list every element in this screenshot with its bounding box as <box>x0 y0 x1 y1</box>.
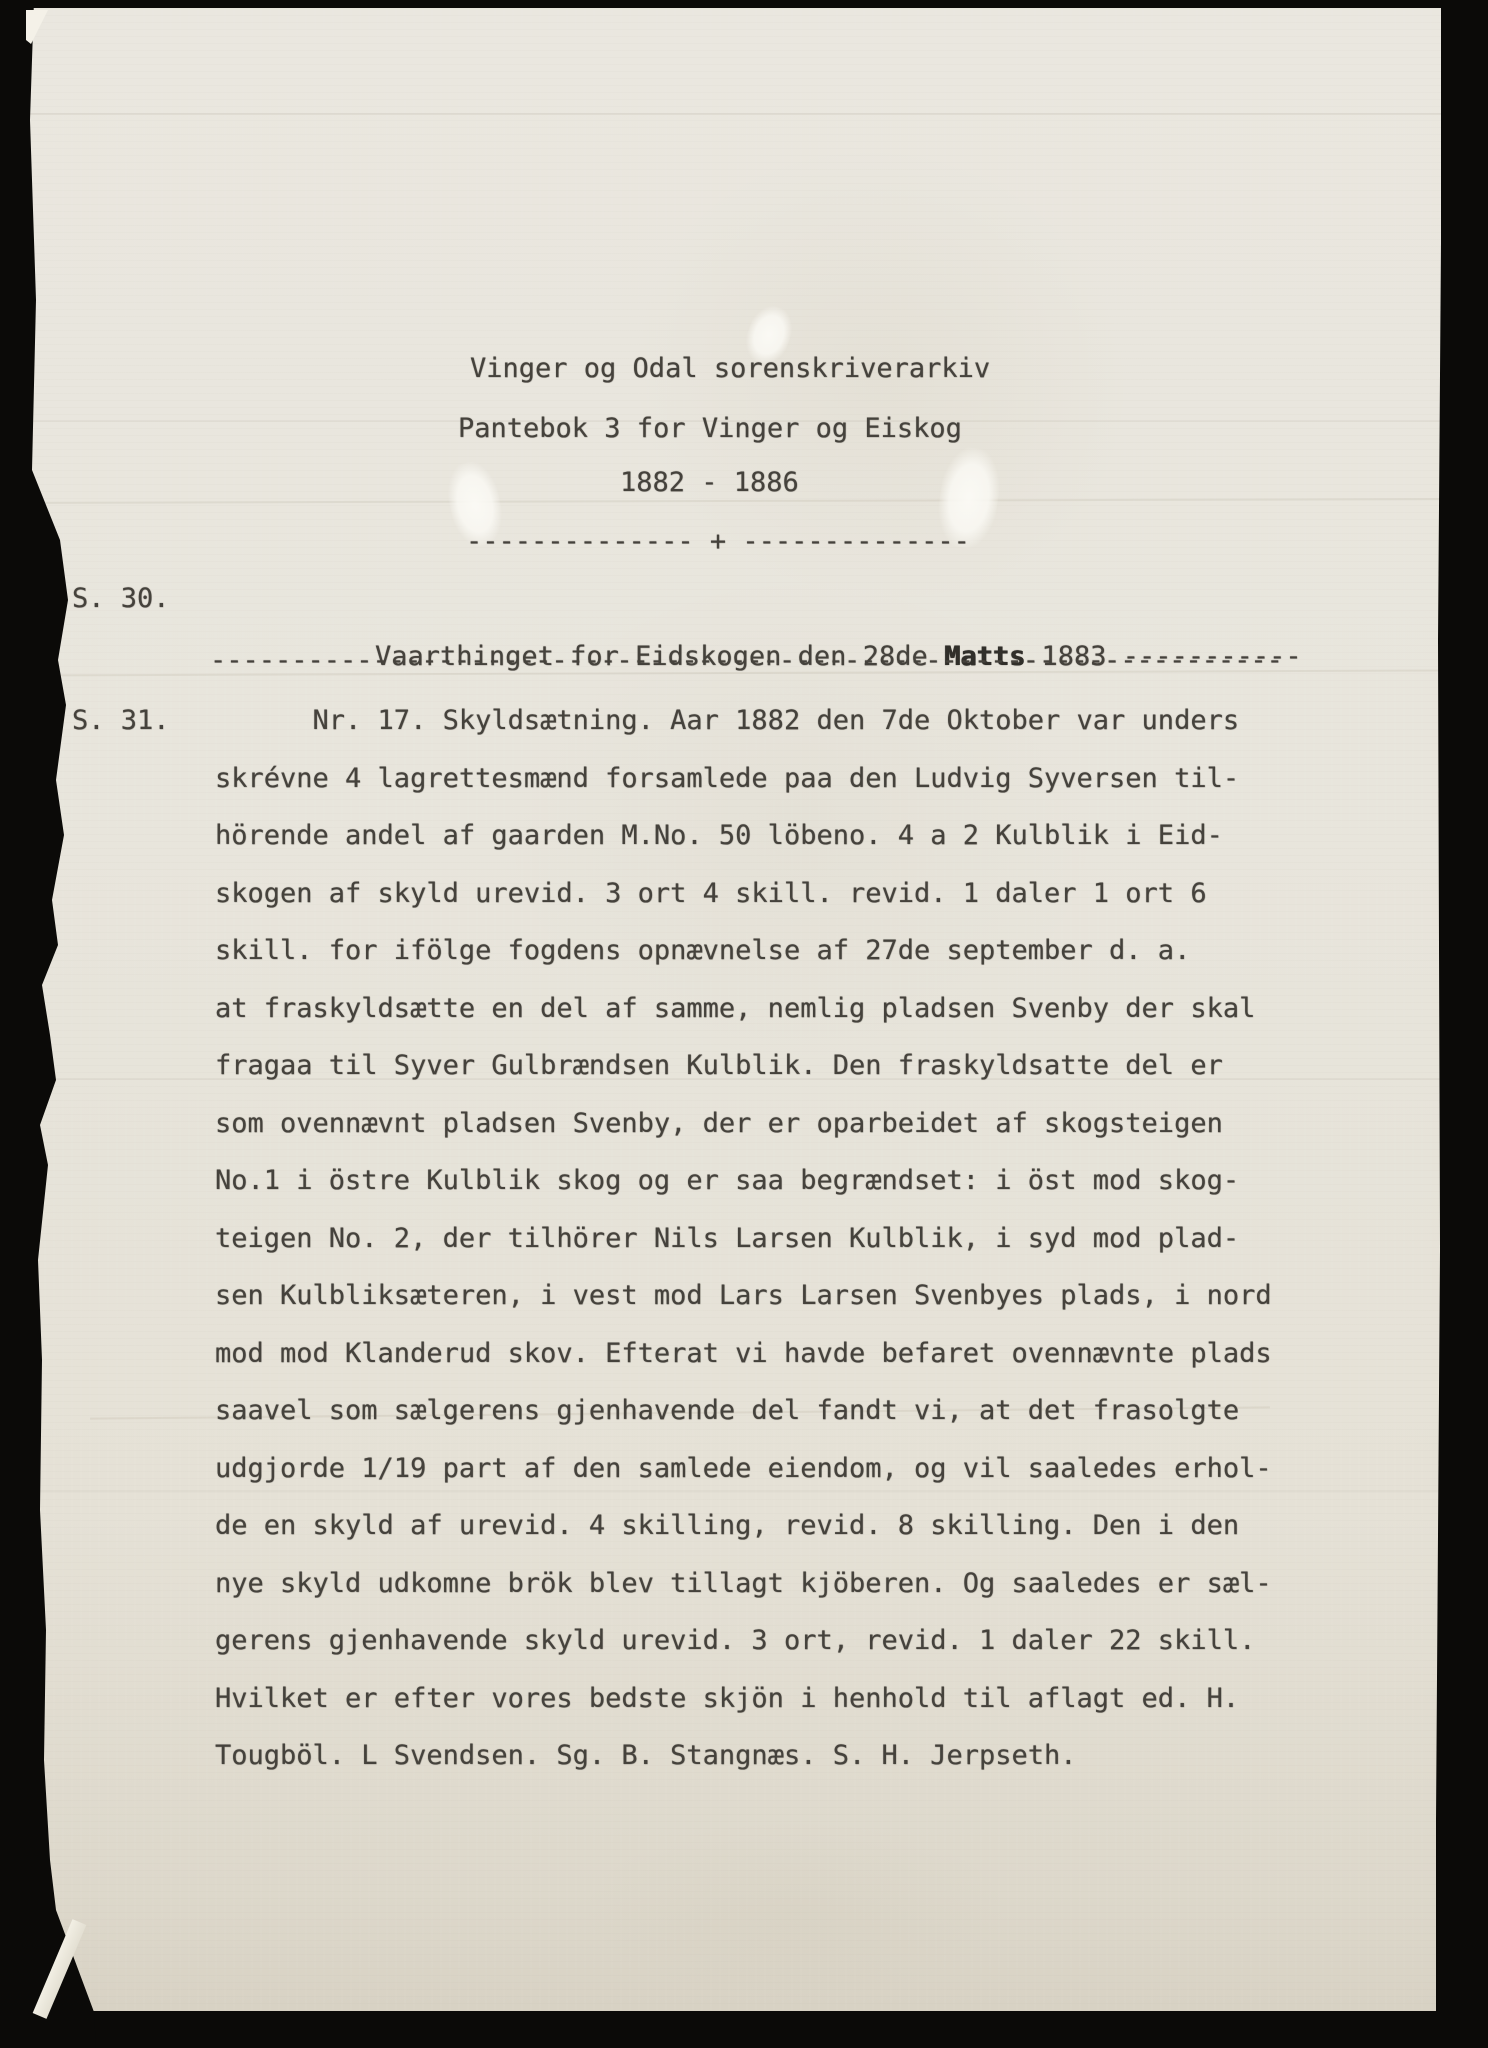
year-range: 1882 - 1886 <box>620 454 799 512</box>
typed-line: udgjorde 1/19 part af den samlede eiendo… <box>215 1440 1272 1498</box>
archive-title: Vinger og Odal sorenskriverarkiv <box>470 340 990 398</box>
typed-line: skill. for ifölge fogdens opnævnelse af … <box>215 922 1272 980</box>
body-text: Nr. 17. Skyldsætning. Aar 1882 den 7de O… <box>215 692 1272 1785</box>
center-divider: -------------- + -------------- <box>466 513 970 571</box>
typed-line: fragaa til Syver Gulbrændsen Kulblik. De… <box>215 1037 1272 1095</box>
torn-edge-right <box>1436 0 1488 2048</box>
typed-line: skogen af skyld urevid. 3 ort 4 skill. r… <box>215 865 1272 923</box>
typed-line: nye skyld udkomne brök blev tillagt kjöb… <box>215 1555 1272 1613</box>
typed-line: saavel som sælgerens gjenhavende del fan… <box>215 1382 1272 1440</box>
page-ref-s30: S. 30. <box>72 570 170 628</box>
typed-line: No.1 i östre Kulblik skog og er saa begr… <box>215 1152 1272 1210</box>
typed-line: gerens gjenhavende skyld urevid. 3 ort, … <box>215 1612 1272 1670</box>
typed-line: mod mod Klanderud skov. Efterat vi havde… <box>215 1325 1272 1383</box>
typed-line: Hvilket er efter vores bedste skjön i he… <box>215 1670 1272 1728</box>
typed-line: Nr. 17. Skyldsætning. Aar 1882 den 7de O… <box>215 692 1272 750</box>
typed-line: sen Kulbliksæteren, i vest mod Lars Lars… <box>215 1267 1272 1325</box>
page-ref-s31: S. 31. <box>72 692 170 750</box>
typed-line: Tougböl. L Svendsen. Sg. B. Stangnæs. S.… <box>215 1727 1272 1785</box>
long-divider: ----------------------------------------… <box>210 632 1283 690</box>
typed-line: de en skyld af urevid. 4 skilling, revid… <box>215 1497 1272 1555</box>
typed-line: teigen No. 2, der tilhörer Nils Larsen K… <box>215 1210 1272 1268</box>
book-title: Pantebok 3 for Vinger og Eiskog <box>458 400 962 458</box>
typed-line: hörende andel af gaarden M.No. 50 löbeno… <box>215 807 1272 865</box>
typed-line: at fraskyldsætte en del af samme, nemlig… <box>215 980 1272 1038</box>
typed-line: skrévne 4 lagrettesmænd forsamlede paa d… <box>215 750 1272 808</box>
typed-line: som ovennævnt pladsen Svenby, der er opa… <box>215 1095 1272 1153</box>
scanned-document: Vinger og Odal sorenskriverarkiv Pantebo… <box>0 0 1488 2048</box>
